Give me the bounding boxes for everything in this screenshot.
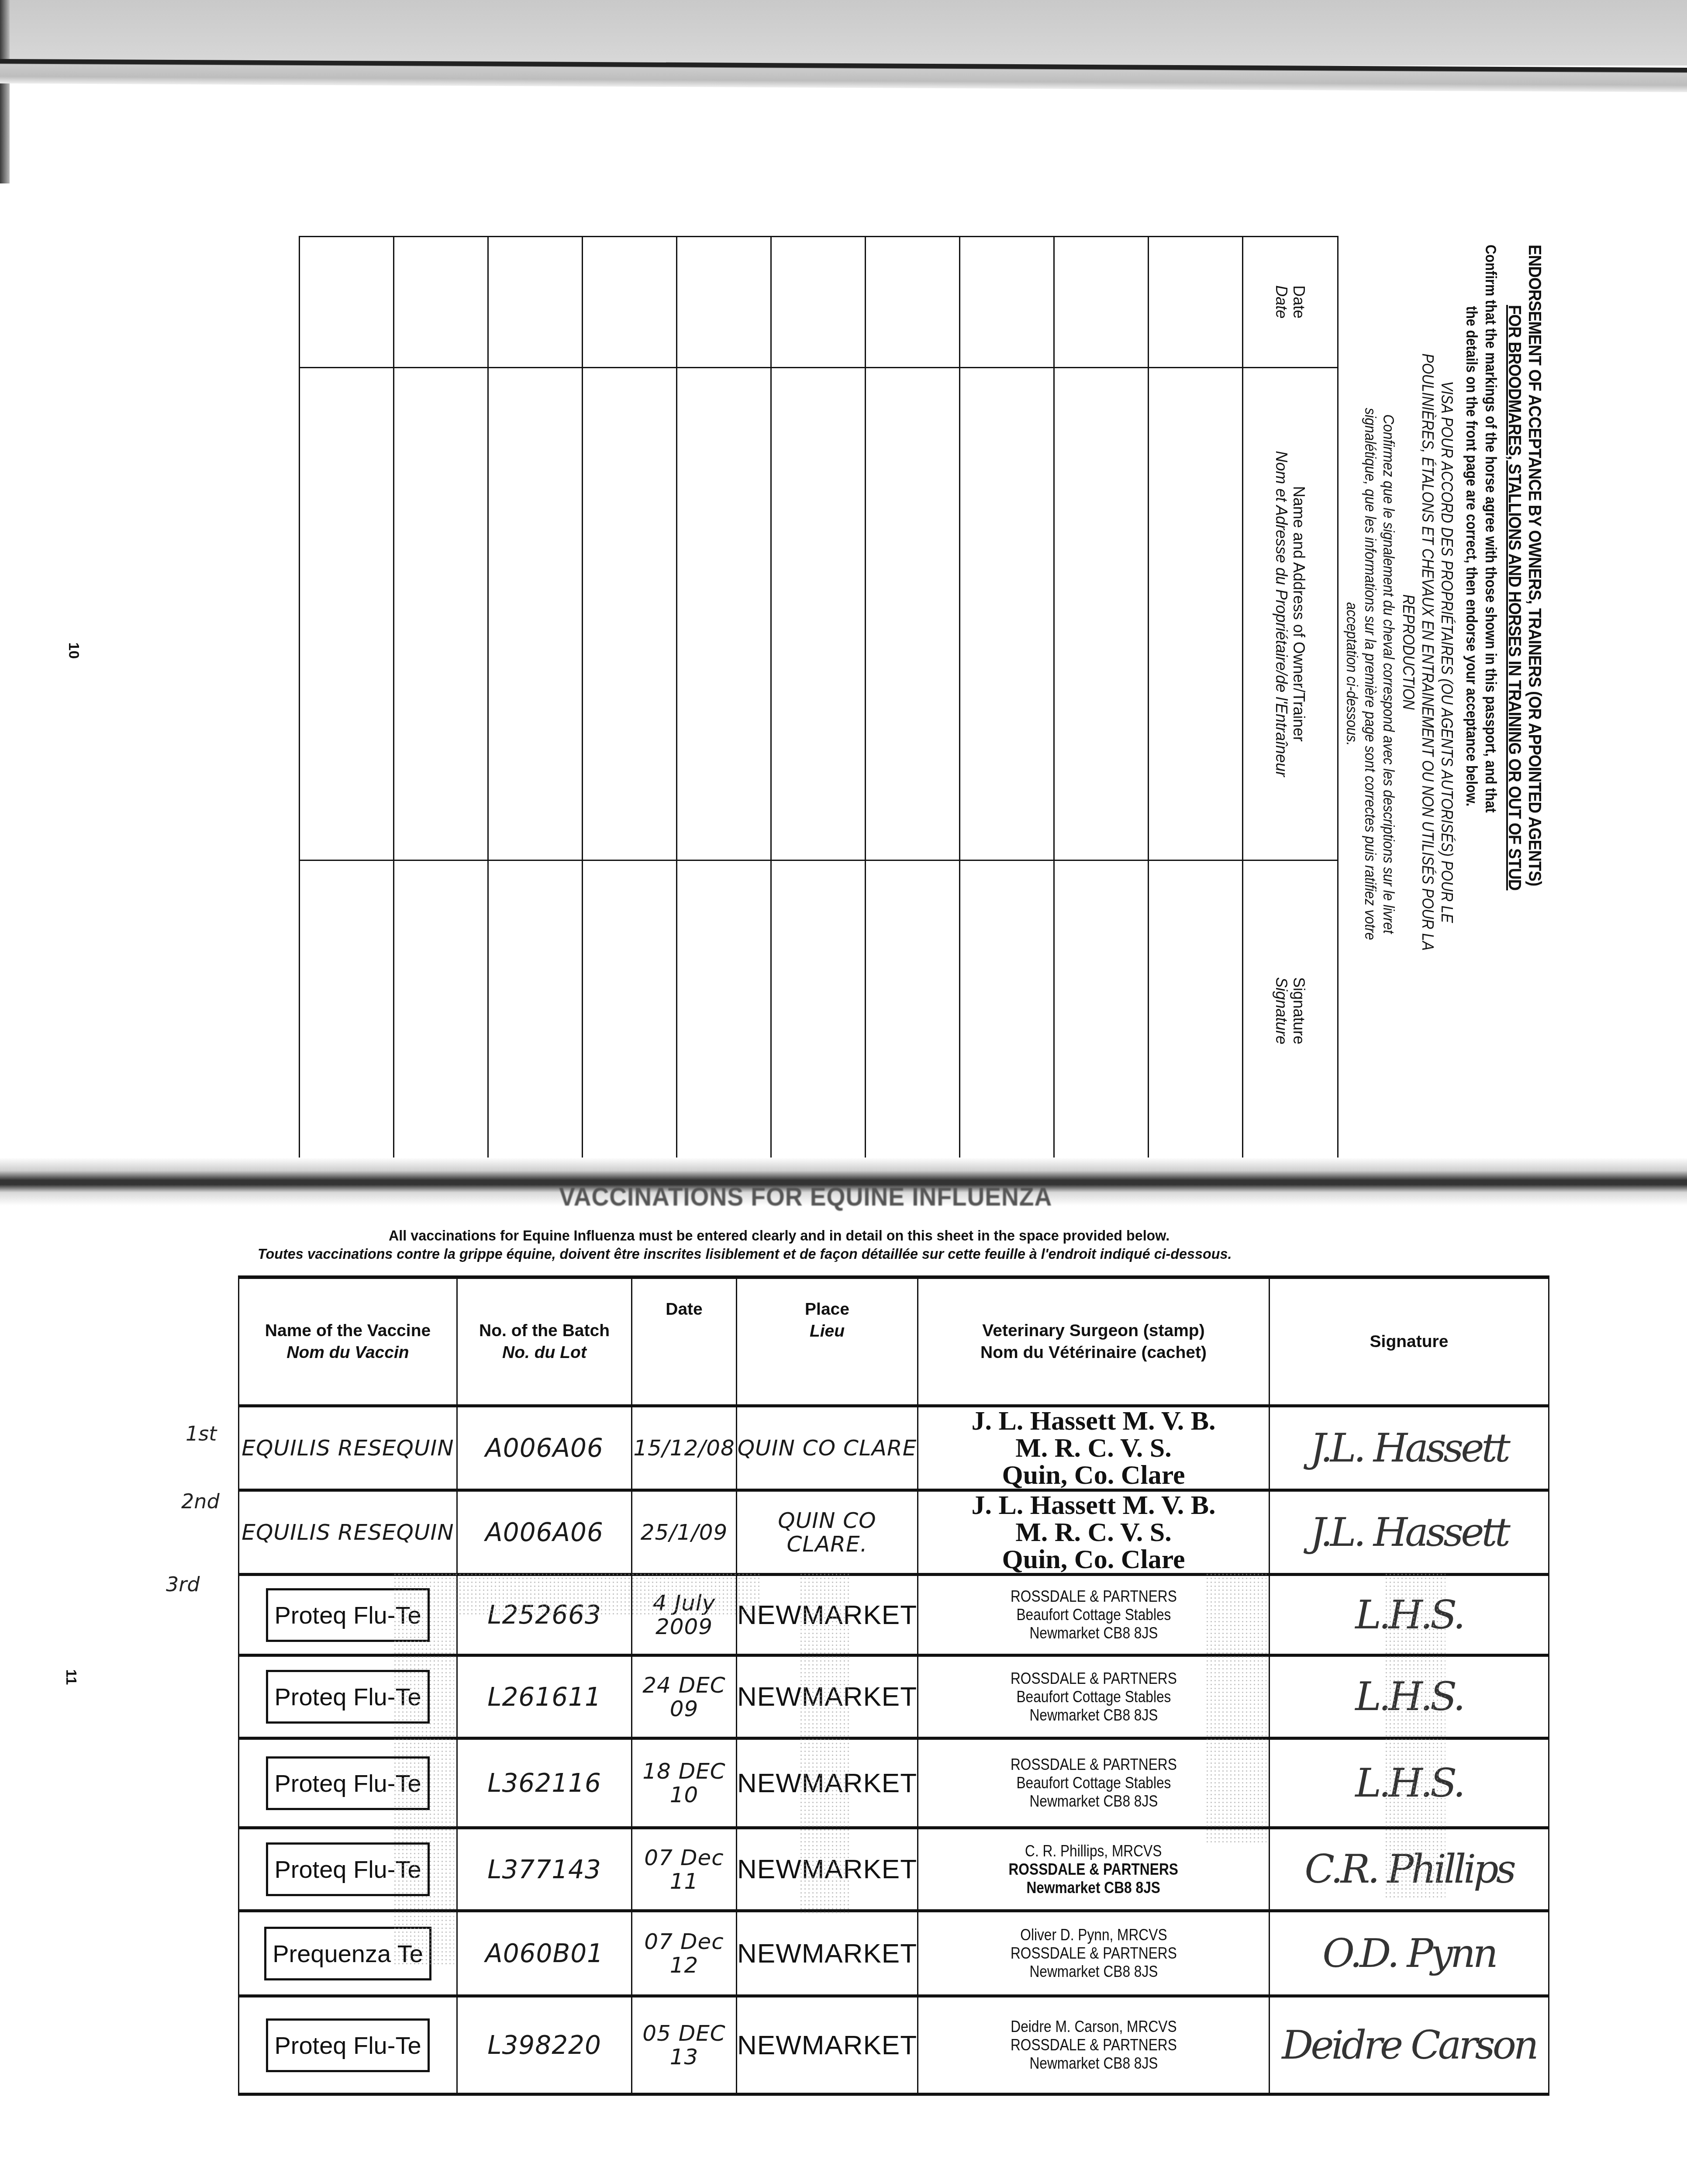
instruction-en-line2: the details on the front page are correc… bbox=[1462, 245, 1481, 1060]
ordinal-3rd: 3rd bbox=[166, 1572, 200, 1596]
signature-cell[interactable] bbox=[1054, 860, 1149, 1161]
place-cell[interactable]: QUIN CO CLARE bbox=[737, 1406, 918, 1490]
date-cell[interactable] bbox=[394, 237, 488, 368]
vet-line: J. L. Hassett M. V. B. bbox=[918, 1492, 1269, 1519]
endorsement-title-line2: FOR BROODMARES, STALLIONS AND HORSES IN … bbox=[1504, 245, 1525, 1089]
endorsement-header-row: DateDate Name and Address of Owner/Train… bbox=[1243, 237, 1338, 1161]
ordinal-2nd: 2nd bbox=[181, 1489, 220, 1513]
date-cell[interactable]: 07 Dec 12 bbox=[632, 1911, 737, 1996]
header-place: PlaceLieu bbox=[737, 1277, 918, 1406]
vaccinations-subtitle-en: All vaccinations for Equine Influenza mu… bbox=[389, 1227, 1170, 1244]
halftone-overlay bbox=[1205, 1572, 1266, 1843]
scanner-background bbox=[0, 0, 1687, 66]
vet-line: Deidre M. Carson, MRCVS bbox=[1011, 2018, 1177, 2036]
place-cell[interactable]: QUIN CO CLARE. bbox=[737, 1490, 918, 1575]
header-vaccine: Name of the VaccineNom du Vaccin bbox=[239, 1277, 457, 1406]
signature-cell[interactable] bbox=[300, 860, 394, 1161]
vet-line: Quin, Co. Clare bbox=[918, 1462, 1269, 1489]
title-fr-line3: REPRODUCTION bbox=[1399, 245, 1418, 1060]
date-cell[interactable] bbox=[771, 237, 866, 368]
endorsement-row bbox=[1149, 237, 1243, 1161]
endorsement-title: ENDORSEMENT OF ACCEPTANCE BY OWNERS, TRA… bbox=[1504, 245, 1545, 1089]
endorsement-row bbox=[583, 237, 677, 1161]
signature-cell[interactable] bbox=[394, 860, 488, 1161]
place-cell[interactable]: NEWMARKET bbox=[737, 1911, 918, 1996]
date-cell[interactable]: 07 Dec 11 bbox=[632, 1828, 737, 1911]
signature-cell[interactable] bbox=[866, 860, 960, 1161]
name-address-cell[interactable] bbox=[1054, 367, 1149, 860]
endorsement-instructions-fr: Confirmez que le signalement du cheval c… bbox=[1342, 293, 1397, 1055]
instruction-fr-line3: acceptation ci-dessous. bbox=[1342, 293, 1361, 1055]
endorsement-row bbox=[300, 237, 394, 1161]
name-address-cell[interactable] bbox=[394, 367, 488, 860]
vet-line: Quin, Co. Clare bbox=[918, 1546, 1269, 1573]
header-vet: Veterinary Surgeon (stamp)Nom du Vétérin… bbox=[918, 1277, 1270, 1406]
vaccination-row: EQUILIS RESEQUIN A006A06 15/12/08 QUIN C… bbox=[239, 1406, 1549, 1490]
title-fr-line2: POULINIÈRES, ÉTALONS ET CHEVAUX EN ENTRA… bbox=[1418, 245, 1437, 1060]
signature-cell[interactable] bbox=[1149, 860, 1243, 1161]
title-fr-line1: VISA POUR ACCORD DES PROPRIÉTAIRES (OU A… bbox=[1437, 245, 1456, 1060]
vaccine-stamp: Proteq Flu-Te bbox=[266, 2018, 429, 2072]
date-cell[interactable] bbox=[583, 237, 677, 368]
page-number-10: 10 bbox=[65, 643, 82, 659]
date-cell[interactable] bbox=[488, 237, 583, 368]
header-signature: SignatureSignature bbox=[1243, 860, 1338, 1161]
vaccine-cell[interactable]: EQUILIS RESEQUIN bbox=[239, 1406, 457, 1490]
name-address-cell[interactable] bbox=[866, 367, 960, 860]
vet-line: ROSSDALE & PARTNERS bbox=[1011, 1755, 1177, 1774]
vet-line: ROSSDALE & PARTNERS bbox=[1009, 1860, 1178, 1879]
name-address-cell[interactable] bbox=[583, 367, 677, 860]
date-cell[interactable]: 25/1/09 bbox=[632, 1490, 737, 1575]
signature-cell[interactable]: Deidre Carson bbox=[1270, 1996, 1549, 2094]
header-name-address: Name and Address of Owner/TrainerNom et … bbox=[1243, 367, 1338, 860]
halftone-overlay bbox=[1384, 1572, 1446, 1900]
date-cell[interactable] bbox=[960, 237, 1054, 368]
endorsement-row bbox=[960, 237, 1054, 1161]
date-cell[interactable] bbox=[300, 237, 394, 368]
header-date: Date bbox=[632, 1277, 737, 1406]
vet-stamp-cell[interactable]: J. L. Hassett M. V. B. M. R. C. V. S. Qu… bbox=[918, 1406, 1270, 1490]
date-cell[interactable]: 18 DEC 10 bbox=[632, 1738, 737, 1828]
vet-line: ROSSDALE & PARTNERS bbox=[1011, 1944, 1177, 1963]
batch-cell[interactable]: A006A06 bbox=[457, 1490, 632, 1575]
vet-line: Newmarket CB8 8JS bbox=[1011, 1963, 1177, 1981]
vaccinations-title: VACCINATIONS FOR EQUINE INFLUENZA bbox=[559, 1182, 1052, 1212]
vet-line: Newmarket CB8 8JS bbox=[1011, 1706, 1177, 1724]
endorsement-row bbox=[394, 237, 488, 1161]
name-address-cell[interactable] bbox=[677, 367, 771, 860]
name-address-cell[interactable] bbox=[960, 367, 1054, 860]
vaccinations-subtitle-fr: Toutes vaccinations contre la grippe équ… bbox=[258, 1246, 1232, 1263]
batch-cell[interactable]: L261611 bbox=[457, 1655, 632, 1738]
ordinal-1st: 1st bbox=[186, 1422, 217, 1445]
vaccine-cell[interactable]: Proteq Flu-Te bbox=[239, 1996, 457, 2094]
signature-cell[interactable] bbox=[771, 860, 866, 1161]
date-cell[interactable] bbox=[1149, 237, 1243, 368]
vet-line: ROSSDALE & PARTNERS bbox=[1011, 2036, 1177, 2054]
date-cell[interactable]: 15/12/08 bbox=[632, 1406, 737, 1490]
halftone-overlay bbox=[393, 1572, 454, 1966]
date-cell[interactable]: 24 DEC 09 bbox=[632, 1655, 737, 1738]
vaccine-cell[interactable]: EQUILIS RESEQUIN bbox=[239, 1490, 457, 1575]
page-10-endorsement: ENDORSEMENT OF ACCEPTANCE BY OWNERS, TRA… bbox=[175, 236, 1546, 1162]
name-address-cell[interactable] bbox=[300, 367, 394, 860]
batch-cell[interactable]: A006A06 bbox=[457, 1406, 632, 1490]
vet-stamp-cell[interactable]: J. L. Hassett M. V. B. M. R. C. V. S. Qu… bbox=[918, 1490, 1270, 1575]
name-address-cell[interactable] bbox=[771, 367, 866, 860]
date-cell[interactable] bbox=[1054, 237, 1149, 368]
signature-cell[interactable] bbox=[583, 860, 677, 1161]
header-date: DateDate bbox=[1243, 237, 1338, 368]
vaccinations-header-row: Name of the VaccineNom du Vaccin No. of … bbox=[239, 1277, 1549, 1406]
halftone-overlay bbox=[454, 1572, 760, 1616]
vet-line: Beaufort Cottage Stables bbox=[1011, 1774, 1177, 1792]
batch-cell[interactable]: L362116 bbox=[457, 1738, 632, 1828]
vet-line: ROSSDALE & PARTNERS bbox=[1011, 1669, 1177, 1688]
batch-cell[interactable]: L398220 bbox=[457, 1996, 632, 2094]
header-signature: Signature bbox=[1270, 1277, 1549, 1406]
instruction-fr-line1: Confirmez que le signalement du cheval c… bbox=[1379, 293, 1397, 1055]
signature-cell[interactable] bbox=[960, 860, 1054, 1161]
vet-line: J. L. Hassett M. V. B. bbox=[918, 1407, 1269, 1434]
signature-cell[interactable]: J.L. Hassett bbox=[1270, 1490, 1549, 1575]
endorsement-row bbox=[1054, 237, 1149, 1161]
vet-line: Newmarket CB8 8JS bbox=[1011, 1792, 1177, 1811]
endorsement-row bbox=[677, 237, 771, 1161]
halftone-overlay bbox=[799, 1572, 852, 1913]
vet-stamp-cell[interactable]: Oliver D. Pynn, MRCVS ROSSDALE & PARTNER… bbox=[918, 1911, 1270, 1996]
signature-cell[interactable]: J.L. Hassett bbox=[1270, 1406, 1549, 1490]
scanner-shadow bbox=[0, 0, 10, 183]
vet-line: ROSSDALE & PARTNERS bbox=[1011, 1587, 1177, 1606]
signature-cell[interactable] bbox=[677, 860, 771, 1161]
vet-line: Newmarket CB8 8JS bbox=[1011, 2054, 1177, 2073]
vet-line: Newmarket CB8 8JS bbox=[1009, 1879, 1178, 1897]
vet-stamp-cell[interactable]: Deidre M. Carson, MRCVS ROSSDALE & PARTN… bbox=[918, 1996, 1270, 2094]
page-number-11: 11 bbox=[62, 1669, 79, 1685]
endorsement-row bbox=[771, 237, 866, 1161]
signature-cell[interactable]: O.D. Pynn bbox=[1270, 1911, 1549, 1996]
instruction-en-line1: Confirm that the markings of the horse a… bbox=[1482, 245, 1499, 813]
endorsement-instructions-en: Confirm that the markings of the horse a… bbox=[1462, 245, 1500, 1060]
vet-line: Beaufort Cottage Stables bbox=[1011, 1606, 1177, 1624]
batch-cell[interactable]: A060B01 bbox=[457, 1911, 632, 1996]
header-batch: No. of the BatchNo. du Lot bbox=[457, 1277, 632, 1406]
batch-cell[interactable]: L377143 bbox=[457, 1828, 632, 1911]
endorsement-title-fr: VISA POUR ACCORD DES PROPRIÉTAIRES (OU A… bbox=[1399, 245, 1456, 1060]
name-address-cell[interactable] bbox=[1149, 367, 1243, 860]
vaccination-row: EQUILIS RESEQUIN A006A06 25/1/09 QUIN CO… bbox=[239, 1490, 1549, 1575]
vaccination-row: Proteq Flu-Te L398220 05 DEC 13 NEWMARKE… bbox=[239, 1996, 1549, 2094]
endorsement-row bbox=[488, 237, 583, 1161]
date-cell[interactable] bbox=[677, 237, 771, 368]
endorsement-table: DateDate Name and Address of Owner/Train… bbox=[299, 236, 1339, 1162]
signature-cell[interactable] bbox=[488, 860, 583, 1161]
vet-line: Oliver D. Pynn, MRCVS bbox=[1011, 1926, 1177, 1944]
place-cell[interactable]: NEWMARKET bbox=[737, 1996, 918, 2094]
date-cell[interactable]: 05 DEC 13 bbox=[632, 1996, 737, 2094]
date-cell[interactable] bbox=[866, 237, 960, 368]
vet-line: C. R. Phillips, MRCVS bbox=[1009, 1842, 1178, 1860]
name-address-cell[interactable] bbox=[488, 367, 583, 860]
vet-line: M. R. C. V. S. bbox=[918, 1434, 1269, 1462]
vet-line: Newmarket CB8 8JS bbox=[1011, 1624, 1177, 1642]
vet-line: M. R. C. V. S. bbox=[918, 1519, 1269, 1546]
instruction-fr-line2: signalétique, que les informations sur l… bbox=[1361, 293, 1379, 1055]
vet-line: Beaufort Cottage Stables bbox=[1011, 1688, 1177, 1706]
endorsement-title-line1: ENDORSEMENT OF ACCEPTANCE BY OWNERS, TRA… bbox=[1525, 245, 1544, 886]
endorsement-row bbox=[866, 237, 960, 1161]
